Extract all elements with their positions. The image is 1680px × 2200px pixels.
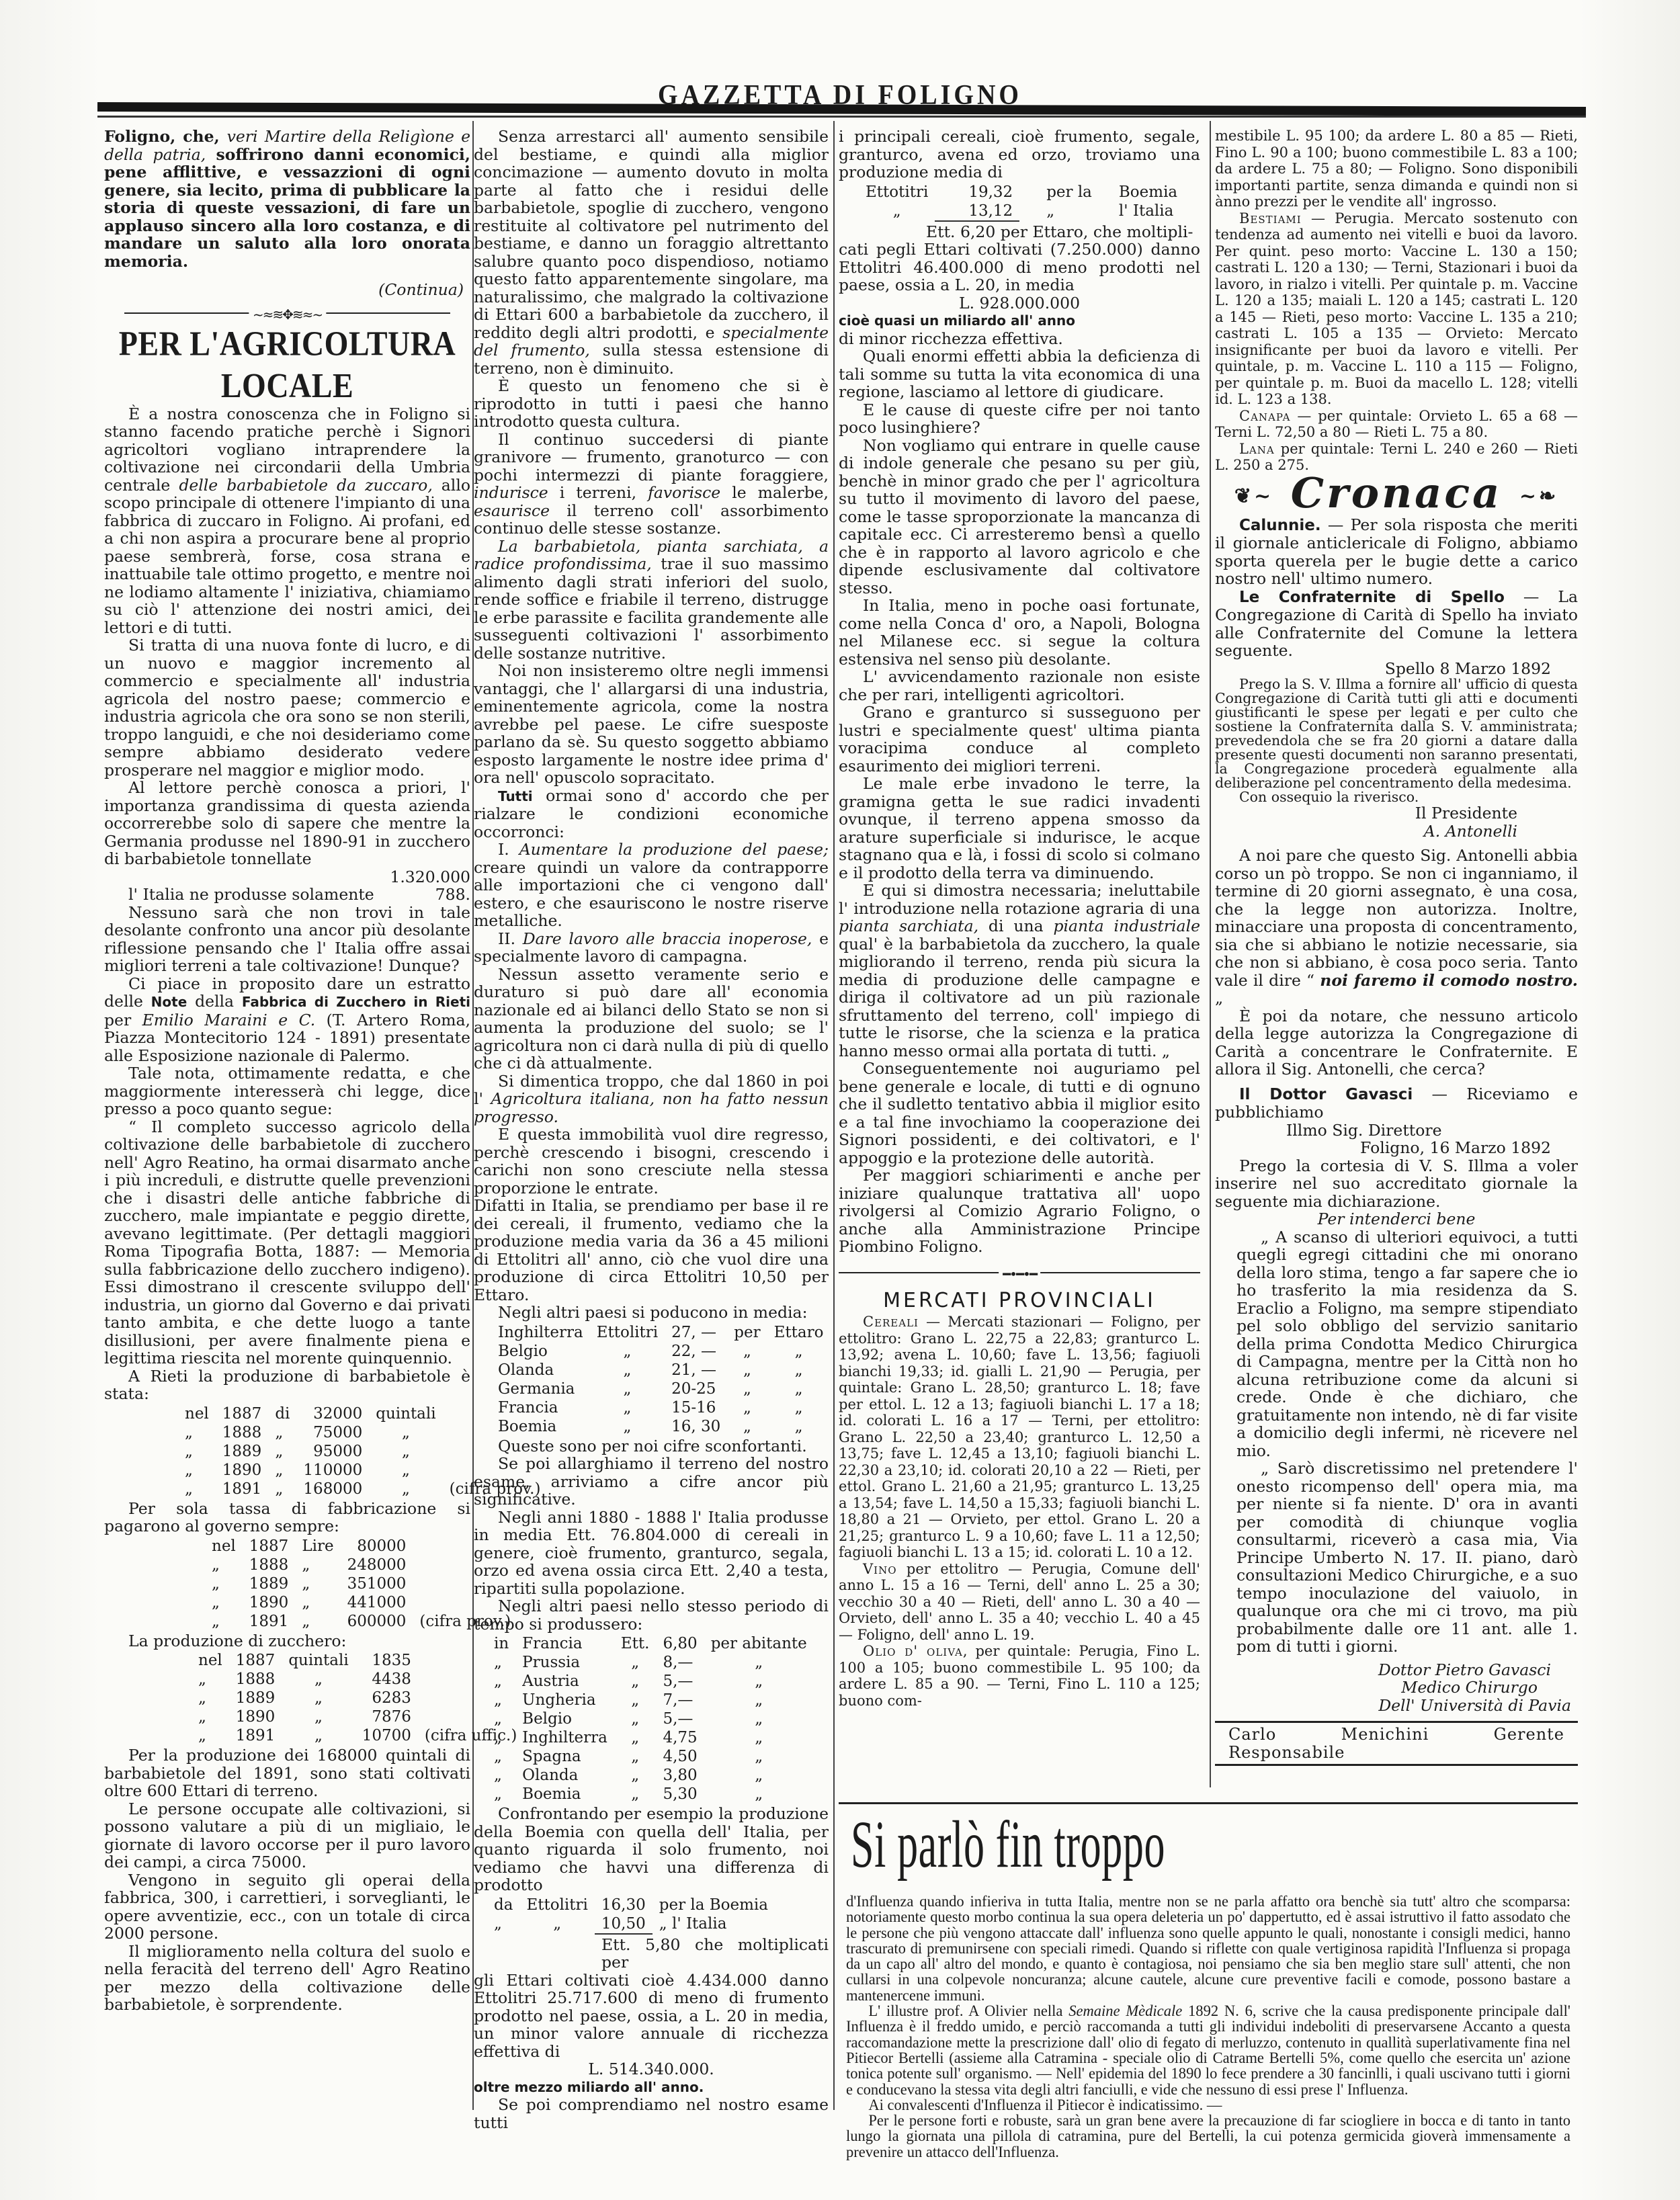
- table-row: nel1887Lire80000: [205, 1537, 517, 1556]
- article-paragraph: Il miglioramento nella coltura del suolo…: [104, 1943, 470, 2014]
- boemia-italia-diff: daEttolitri16,30per la Boemia „„10,50„ l…: [487, 1896, 775, 1935]
- cereali-diff-table: Ettotitri19,32per laBoemia „13,12„l' Ita…: [859, 183, 1184, 222]
- mercati-canapa: Canapa — per quintale: Orvieto L. 65 a 6…: [1215, 408, 1578, 441]
- divider-ornament: ~≈≋✥≋≈~: [124, 306, 450, 321]
- emphasis-line: cioè quasi un miliardo all' anno: [839, 312, 1200, 330]
- cronaca-header: ❦~ Cronaca ~❧: [1215, 484, 1578, 505]
- article-paragraph: Negli altri paesi nello stesso periodo d…: [474, 1597, 829, 1633]
- column-3: i principali cereali, cioè frumento, seg…: [839, 128, 1200, 1709]
- column-1: Foligno, che, veri Martire della Religìo…: [104, 128, 470, 2014]
- signature-affiliation: Dell' Università di Pavia: [1215, 1697, 1578, 1715]
- leaf-ornament-icon: ~❧: [1519, 484, 1558, 507]
- cereali-total: Ett. 6,20 per Ettaro, che moltipli-: [839, 223, 1200, 241]
- signature-title: Il Presidente: [1215, 804, 1578, 822]
- table-row: „Inghilterra„4,75„: [487, 1728, 814, 1747]
- article-paragraph: Nessun assetto veramente serio e duratur…: [474, 966, 829, 1072]
- advert-top-rule: [839, 1802, 1578, 1804]
- article-paragraph: “ Il completo successo agricolo della co…: [104, 1118, 470, 1367]
- letter-salutation: Illmo Sig. Direttore: [1215, 1122, 1578, 1140]
- article-paragraph: Quali enormi effetti abbia la deficienza…: [839, 347, 1200, 401]
- article-paragraph: L' avvicendamento razionale non esiste c…: [839, 668, 1200, 704]
- emphasis-line: oltre mezzo miliardo all' anno.: [474, 2078, 829, 2097]
- mercati-olio: Olio d' oliva, per quintale: Perugia, Fi…: [839, 1643, 1200, 1709]
- advert-body: d'Influenza quando infieriva in tutta It…: [846, 1894, 1570, 2160]
- leaf-ornament-icon: ❦~: [1234, 484, 1273, 507]
- article-paragraph: Non vogliamo qui entrare in quelle cause…: [839, 437, 1200, 597]
- table-row: „Olanda„3,80„: [487, 1766, 814, 1785]
- ettaro-table: InghilterraEttolitri27, —perEttaro Belgi…: [491, 1323, 830, 1436]
- article-paragraph: Si dimentica troppo, che dal 1860 in poi…: [474, 1072, 829, 1126]
- article-paragraph: E questa immobilità vuol dire regresso, …: [474, 1126, 829, 1197]
- article-paragraph: Senza arrestarci all' aumento sensibile …: [474, 128, 829, 377]
- masthead-rule-thin: [97, 116, 1586, 118]
- table-row: Boemia„16, 30„„: [491, 1417, 830, 1436]
- table-row: Francia„15-16„„: [491, 1398, 830, 1417]
- article-paragraph: i principali cereali, cioè frumento, seg…: [839, 128, 1200, 181]
- table-row: „Ungheria„7,—„: [487, 1691, 814, 1709]
- article-paragraph: Se poi allarghiamo il terreno del nostro…: [474, 1455, 829, 1509]
- newspaper-page: GAZZETTA DI FOLIGNO Foligno, che, veri M…: [0, 0, 1680, 2200]
- mercati-cereali: Cereali — Mercati stazionari — Foligno, …: [839, 1314, 1200, 1561]
- article-paragraph: Le male erbe invadono le terre, la grami…: [839, 775, 1200, 882]
- letter-intro: Prego la cortesia di V. S. Illma a voler…: [1215, 1157, 1578, 1211]
- letter-subtitle: Per intenderci bene: [1215, 1210, 1578, 1228]
- mercati-bestiami: Bestiami — Perugia. Mercato sostenuto co…: [1215, 210, 1578, 408]
- figure-italia: l' Italia ne produsse solamente788.: [104, 886, 470, 904]
- table-row: „Boemia„5,30„: [487, 1785, 814, 1804]
- signature-name: Dottor Pietro Gavasci: [1215, 1661, 1578, 1679]
- article-paragraph: In Italia, meno in poche oasi fortunate,…: [839, 597, 1200, 668]
- table-row: „1890„441000: [205, 1593, 517, 1612]
- table-row: „1888„248000: [205, 1556, 517, 1574]
- diff-total: Ett. 5,80 che moltiplicati per: [474, 1936, 829, 1972]
- mercati-provinciali: Cereali — Mercati stazionari — Foligno, …: [839, 1314, 1200, 1709]
- article-paragraph: Tale nota, ottimamente redatta, e che ma…: [104, 1064, 470, 1118]
- article-paragraph: cati pegli Ettari coltivati (7.250.000) …: [839, 241, 1200, 294]
- article-paragraph: Noi non insisteremo oltre negli immensi …: [474, 662, 829, 787]
- continua-label: (Continua): [104, 281, 470, 299]
- table-row: „Austria„5,—„: [487, 1672, 814, 1691]
- total-value: L. 514.340.000.: [474, 2060, 829, 2078]
- letter-quote: „ Sarò discretissimo nel pretendere l' o…: [1215, 1459, 1578, 1656]
- article-paragraph: Conseguentemente noi auguriamo pel bene …: [839, 1060, 1200, 1167]
- advert-influenza: Si parlò fin troppo d'Influenza quando i…: [839, 1808, 1578, 2160]
- continued-article: Foligno, che, veri Martire della Religìo…: [104, 128, 470, 270]
- article-paragraph: A Rieti la produzione di barbabietole è …: [104, 1367, 470, 1403]
- article-paragraph: Per la produzione dei 168000 quintali di…: [104, 1746, 470, 1800]
- column-divider: [833, 121, 835, 2110]
- table-row: Ettotitri19,32per laBoemia: [859, 183, 1184, 202]
- article-paragraph: Il continuo succedersi di piante granivo…: [474, 431, 829, 538]
- article-paragraph: Nessuno sarà che non trovi in tale desol…: [104, 904, 470, 975]
- table-row: Belgio„22, —„„: [491, 1342, 830, 1361]
- table-row: daEttolitri16,30per la Boemia: [487, 1896, 775, 1914]
- signature-name: A. Antonelli: [1215, 822, 1578, 841]
- article-paragraph: Per sola tassa di fabbricazione si pagar…: [104, 1500, 470, 1535]
- figure-germania: 1.320.000: [104, 868, 470, 886]
- article-paragraph: Grano e granturco si susseguono per lust…: [839, 704, 1200, 775]
- tassa-table: nel1887Lire80000 „1888„248000 „1889„3510…: [205, 1537, 517, 1631]
- section-title-mercati: MERCATI PROVINCIALI: [839, 1292, 1200, 1310]
- article-paragraph: Tutti ormai sono d' accordo che per rial…: [474, 787, 829, 841]
- article-paragraph: Confrontando per esempio la produzione d…: [474, 1805, 829, 1894]
- table-row: Germania„20-25„„: [491, 1380, 830, 1398]
- abitante-table: inFranciaEtt.6,80per abitante „Prussia„8…: [487, 1634, 814, 1804]
- table-row: „Prussia„8,—„: [487, 1653, 814, 1672]
- article-paragraph: E qui si dimostra necessaria; ineluttabi…: [839, 882, 1200, 1060]
- article-paragraph: Al lettore perchè conosca a priori, l' i…: [104, 779, 470, 868]
- article-paragraph: Queste sono per noi cifre sconfortanti.: [474, 1437, 829, 1455]
- table-row: „1891„600000(cifra prov.): [205, 1612, 517, 1631]
- total-value: L. 928.000.000: [839, 294, 1200, 312]
- column-4: mestibile L. 95 100; da ardere L. 80 a 8…: [1215, 128, 1578, 1766]
- signature-title: Medico Chirurgo: [1215, 1679, 1578, 1697]
- table-row: InghilterraEttolitri27, —perEttaro: [491, 1323, 830, 1342]
- article-paragraph: La produzione di zucchero:: [104, 1632, 470, 1650]
- news-calunnie: Calunnie. — Per sola risposta che meriti…: [1215, 516, 1578, 588]
- gerente-responsabile: Carlo Menichini Gerente Responsabile: [1215, 1721, 1578, 1766]
- article-paragraph: Difatti in Italia, se prendiamo per base…: [474, 1197, 829, 1304]
- table-row: „Belgio„5,—„: [487, 1709, 814, 1728]
- article-paragraph: II. Dare lavoro alle braccia inoperose, …: [474, 930, 829, 966]
- letter-date: Spello 8 Marzo 1892: [1215, 660, 1578, 678]
- article-paragraph: Negli anni 1880 - 1888 l' Italia produss…: [474, 1509, 829, 1598]
- article-paragraph: Negli altri paesi si poducono in media:: [474, 1304, 829, 1322]
- article-paragraph: Se poi comprendiamo nel nostro esame tut…: [474, 2096, 829, 2131]
- letter-body: Prego la S. V. Illma a fornire all' uffi…: [1215, 677, 1578, 804]
- table-row: „Spagna„4,50„: [487, 1747, 814, 1766]
- news-gavasci: Il Dottor Gavasci — Riceviamo e pubblich…: [1215, 1085, 1578, 1122]
- article-paragraph: È questo un fenomeno che si è riprodotto…: [474, 377, 829, 431]
- table-row: Olanda„21, —„„: [491, 1361, 830, 1380]
- article-paragraph: Per maggiori schiarimenti e anche per in…: [839, 1167, 1200, 1256]
- column-2: Senza arrestarci all' aumento sensibile …: [474, 128, 829, 2131]
- article-paragraph: La barbabietola, pianta sarchiata, a rad…: [474, 538, 829, 663]
- news-comment: È poi da notare, che nessuno articolo de…: [1215, 1007, 1578, 1078]
- news-confraternite: Le Confraternite di Spello — La Congrega…: [1215, 588, 1578, 660]
- letter-quote: „ A scanso di ulteriori equivoci, a tutt…: [1215, 1228, 1578, 1460]
- news-comment: A noi pare che questo Sig. Antonelli abb…: [1215, 847, 1578, 1007]
- table-row: „13,12„l' Italia: [859, 202, 1184, 221]
- table-row: „1889„351000: [205, 1574, 517, 1593]
- article-paragraph: È a nostra conoscenza che in Foligno si …: [104, 405, 470, 637]
- table-row: „„10,50„ l' Italia: [487, 1914, 775, 1934]
- mercati-continued: mestibile L. 95 100; da ardere L. 80 a 8…: [1215, 128, 1578, 474]
- advert-title: Si parlò fin troppo: [851, 1808, 1302, 1881]
- article-paragraph: E le cause di queste cifre per noi tanto…: [839, 401, 1200, 437]
- divider-ornament: ━•━•━: [839, 1265, 1200, 1280]
- column-divider: [1210, 121, 1211, 1787]
- article-paragraph: Ci piace in proposito dare un estratto d…: [104, 975, 470, 1065]
- letter-date: Foligno, 16 Marzo 1892: [1215, 1139, 1578, 1157]
- article-paragraph: di minor ricchezza effettiva.: [839, 330, 1200, 348]
- table-row: inFranciaEtt.6,80per abitante: [487, 1634, 814, 1653]
- article-paragraph: I. Aumentare la produzione del paese; cr…: [474, 841, 829, 930]
- article-paragraph: Si tratta di una nuova fonte di lucro, e…: [104, 636, 470, 779]
- article-paragraph: Le persone occupate alle coltivazioni, s…: [104, 1800, 470, 1871]
- article-paragraph: Vengono in seguito gli operai della fabb…: [104, 1871, 470, 1943]
- article-paragraph: gli Ettari coltivati cioè 4.434.000 dann…: [474, 1972, 829, 2061]
- article-headline: PER L'AGRICOLTURA LOCALE: [104, 323, 470, 407]
- mercati-vino: Vino per ettolitro — Perugia, Comune del…: [839, 1561, 1200, 1644]
